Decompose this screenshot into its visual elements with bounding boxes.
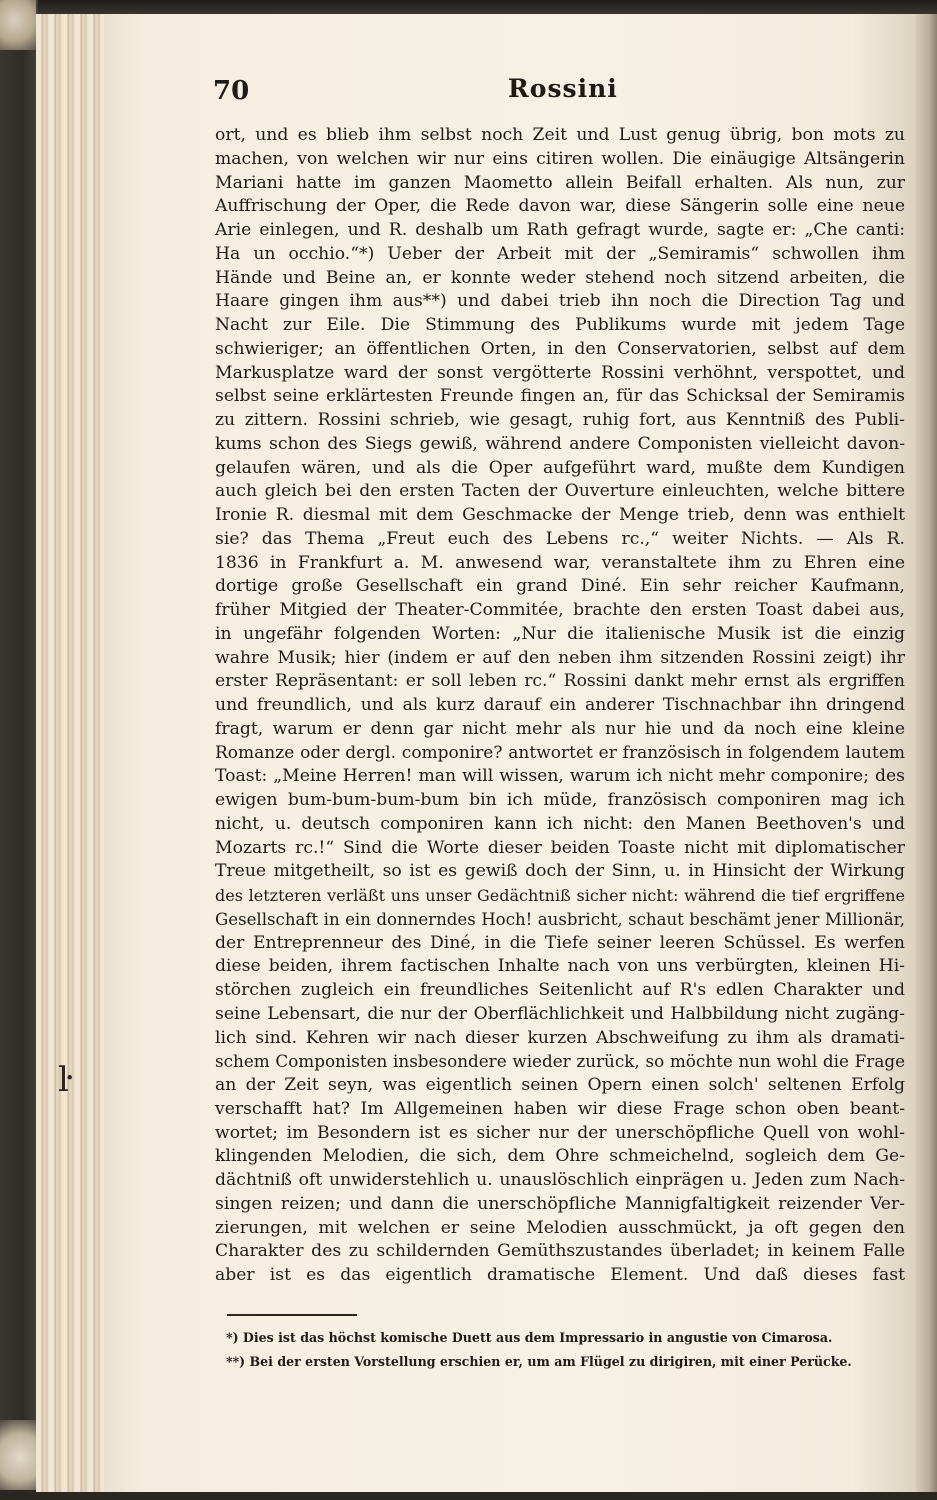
text-line: sie? das Thema „Freut euch des Lebens rc… [215, 528, 905, 552]
text-line: Treue mitgetheilt, so ist es gewiß doch … [215, 860, 905, 884]
book-cover-spine [0, 0, 38, 1500]
worn-cover-corner-bottom [0, 1420, 40, 1495]
gutter-ink-mark: ŀ [58, 1060, 72, 1100]
text-line: Auffrischung der Oper, die Rede davon wa… [215, 195, 905, 219]
text-line: störchen zugleich ein freundliches Seite… [215, 979, 905, 1003]
text-line: und freundlich, und als kurz darauf ein … [215, 694, 905, 718]
page-number: 70 [213, 76, 249, 106]
text-line: selbst seine erklärtesten Freunde fingen… [215, 385, 905, 409]
text-line: in ungefähr folgenden Worten: „Nur die i… [215, 623, 905, 647]
text-line: schwieriger; an öffentlichen Orten, in d… [215, 338, 905, 362]
text-line: klingenden Melodien, die sich, dem Ohre … [215, 1145, 905, 1169]
text-line: dächtniß oft unwiderstehlich u. unauslös… [215, 1169, 905, 1193]
text-line: gelaufen wären, und als die Oper aufgefü… [215, 457, 905, 481]
text-line: ewigen bum-bum-bum-bum bin ich müde, fra… [215, 789, 905, 813]
text-line: zu zittern. Rossini schrieb, wie gesagt,… [215, 409, 905, 433]
text-line: der Entreprenneur des Diné, in die Tiefe… [215, 932, 905, 956]
text-line: Charakter des zu schildernden Gemüthszus… [215, 1240, 905, 1264]
text-line: Ironie R. diesmal mit dem Geschmacke der… [215, 504, 905, 528]
worn-cover-corner-top [0, 0, 36, 50]
text-line: auch gleich bei den ersten Tacten der Ou… [215, 480, 905, 504]
text-line: aber ist es das eigentlich dramatische E… [215, 1264, 905, 1288]
footnote-rule [227, 1314, 357, 1316]
text-line: kums schon des Siegs gewiß, während ande… [215, 433, 905, 457]
text-line: Romanze oder dergl. componire? antwortet… [215, 742, 905, 766]
text-line: Markusplatze ward der sonst vergötterte … [215, 362, 905, 386]
body-text: ort, und es blieb ihm selbst noch Zeit u… [215, 124, 905, 1288]
text-line: erster Repräsentant: er soll leben rc.“ … [215, 670, 905, 694]
text-line: Mozarts rc.!“ Sind die Worte dieser beid… [215, 837, 905, 861]
text-line: früher Mitgied der Theater-Commitée, bra… [215, 599, 905, 623]
page-right-shadow [916, 14, 937, 1492]
text-line: lich sind. Kehren wir nach dieser kurzen… [215, 1027, 905, 1051]
text-line: 1836 in Frankfurt a. M. anwesend war, ve… [215, 552, 905, 576]
text-line: Haare gingen ihm aus**) und dabei trieb … [215, 290, 905, 314]
footnotes: *) Dies ist das höchst komische Duett au… [226, 1326, 906, 1374]
text-line: Gesellschaft in ein donnerndes Hoch! aus… [215, 908, 905, 932]
text-line: machen, von welchen wir nur eins citiren… [215, 148, 905, 172]
text-line: des letzteren verläßt uns unser Gedächtn… [215, 884, 905, 908]
text-line: seine Lebensart, die nur der Oberflächli… [215, 1003, 905, 1027]
text-line: wortet; im Besondern ist es sicher nur d… [215, 1122, 905, 1146]
text-line: Hände und Beine an, er konnte weder steh… [215, 267, 905, 291]
footnote-1: *) Dies ist das höchst komische Duett au… [226, 1326, 906, 1350]
text-line: Mariani hatte im ganzen Maometto allein … [215, 172, 905, 196]
text-line: schem Componisten insbesondere wieder zu… [215, 1050, 905, 1074]
text-line: Ha un occhio.“*) Ueber der Arbeit mit de… [215, 243, 905, 267]
text-line: dortige große Gesellschaft ein grand Din… [215, 575, 905, 599]
text-line: nicht, u. deutsch componiren kann ich ni… [215, 813, 905, 837]
page-stack-edges [36, 14, 104, 1492]
text-line: Nacht zur Eile. Die Stimmung des Publiku… [215, 314, 905, 338]
text-line: fragt, warum er denn gar nicht mehr als … [215, 718, 905, 742]
text-line: singen reizen; und dann die unerschöpfli… [215, 1193, 905, 1217]
text-line: verschafft hat? Im Allgemeinen haben wir… [215, 1098, 905, 1122]
text-line: zierungen, mit welchen er seine Melodien… [215, 1217, 905, 1241]
text-line: Toast: „Meine Herren! man will wissen, w… [215, 765, 905, 789]
running-head: Rossini [508, 74, 618, 103]
text-line: wahre Musik; hier (indem er auf den nebe… [215, 647, 905, 671]
text-line: Arie einlegen, und R. deshalb um Rath ge… [215, 219, 905, 243]
footnote-2: **) Bei der ersten Vorstellung erschien … [226, 1350, 906, 1374]
text-line: ort, und es blieb ihm selbst noch Zeit u… [215, 124, 905, 148]
text-line: an der Zeit seyn, was eigentlich seinen … [215, 1074, 905, 1098]
text-line: diese beiden, ihrem factischen Inhalte n… [215, 955, 905, 979]
